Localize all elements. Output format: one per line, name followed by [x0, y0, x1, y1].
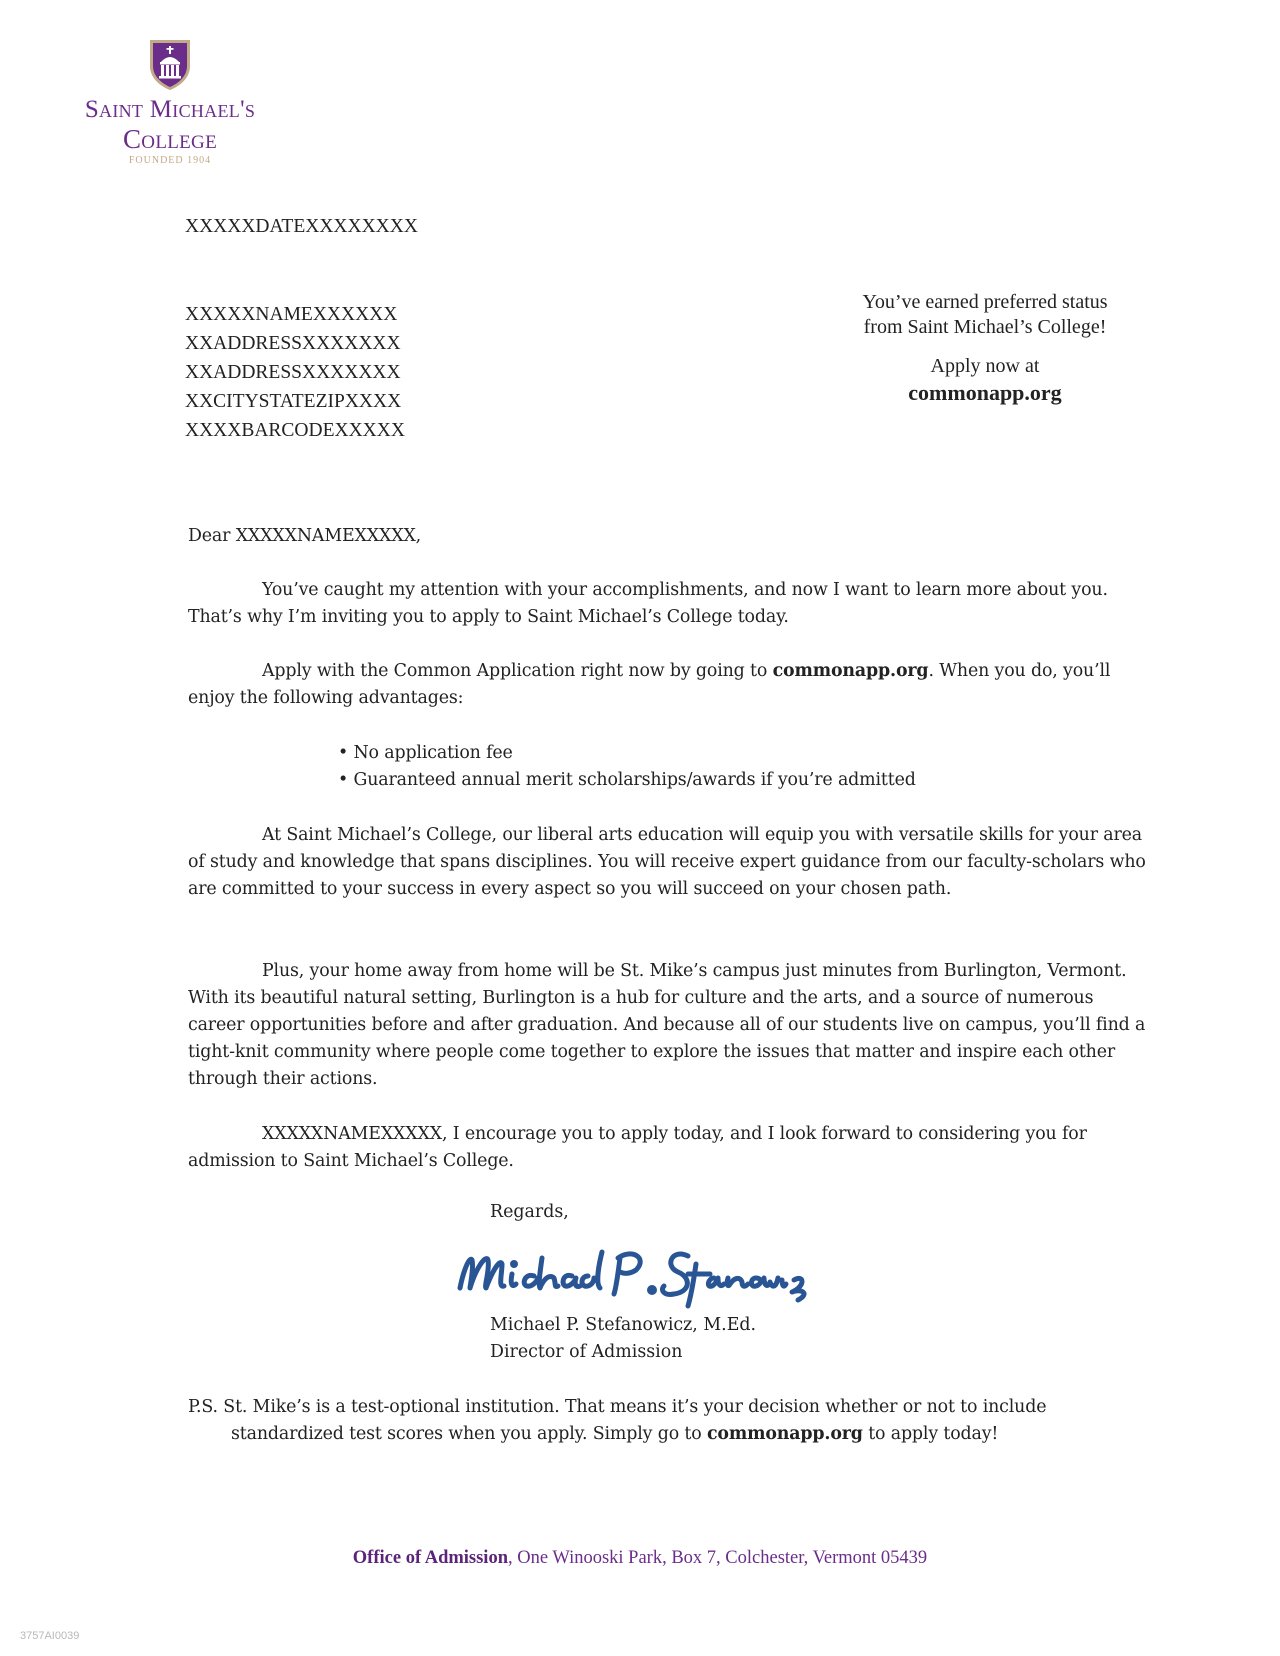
address-line: XXXXBARCODEXXXXX [185, 416, 405, 445]
signature-image [452, 1238, 812, 1318]
paragraph-4: Plus, your home away from home will be S… [188, 958, 1148, 1093]
paragraph-text: XXXXXNAMEXXXXX, I encourage you to apply… [188, 1121, 1148, 1175]
list-item: • No application fee [338, 740, 1280, 767]
address-line: XXADDRESSXXXXXXX [185, 358, 405, 387]
college-logo: Saint Michael's College FOUNDED 1904 [70, 38, 270, 166]
promo-line: from Saint Michael’s College! [820, 315, 1150, 340]
address-line: XXXXXNAMEXXXXXX [185, 300, 405, 329]
founded-year: FOUNDED 1904 [70, 155, 270, 166]
promo-site-link[interactable]: commonapp.org [820, 379, 1150, 407]
promo-apply: Apply now at [820, 353, 1150, 379]
list-item: • Guaranteed annual merit scholarships/a… [338, 767, 1280, 794]
footer-street: , One Winooski Park, Box 7, Colchester, … [508, 1548, 927, 1568]
ps-line: P.S. St. Mike’s is a test-optional insti… [188, 1394, 1148, 1421]
recipient-address: XXXXXNAMEXXXXXX XXADDRESSXXXXXXX XXADDRE… [185, 300, 405, 445]
paragraph-text: At Saint Michael’s College, our liberal … [188, 822, 1148, 903]
footer-address: Office of Admission, One Winooski Park, … [0, 1548, 1280, 1569]
promo-line: You’ve earned preferred status [820, 290, 1150, 315]
paragraph-text: You’ve caught my attention with your acc… [188, 577, 1148, 631]
signer-name: Michael P. Stefanowicz, M.Ed. [490, 1312, 756, 1339]
job-code: 3757AI0039 [20, 1630, 79, 1642]
commonapp-link[interactable]: commonapp.org [773, 661, 929, 681]
commonapp-link[interactable]: commonapp.org [707, 1424, 863, 1444]
advantages-list: • No application fee • Guaranteed annual… [338, 740, 1280, 794]
ps-text: to apply today! [863, 1424, 998, 1444]
postscript: P.S. St. Mike’s is a test-optional insti… [188, 1394, 1148, 1448]
paragraph-2: Apply with the Common Application right … [188, 658, 1148, 712]
signer-block: Michael P. Stefanowicz, M.Ed. Director o… [490, 1312, 756, 1366]
signer-title: Director of Admission [490, 1339, 756, 1366]
paragraph-5: XXXXXNAMEXXXXX, I encourage you to apply… [188, 1121, 1148, 1175]
college-name: Saint Michael's [70, 97, 270, 122]
paragraph-text: Plus, your home away from home will be S… [188, 958, 1148, 1093]
shield-chapel-icon [148, 38, 192, 92]
paragraph-1: You’ve caught my attention with your acc… [188, 577, 1148, 631]
closing: Regards, [490, 1202, 569, 1222]
address-line: XXADDRESSXXXXXXX [185, 329, 405, 358]
salutation: Dear XXXXXNAMEXXXXX, [188, 523, 1148, 550]
paragraph-text: Apply with the Common Application right … [262, 661, 773, 681]
ps-text: standardized test scores when you apply.… [231, 1424, 707, 1444]
college-name-line2: College [70, 127, 270, 152]
preferred-status-callout: You’ve earned preferred status from Sain… [820, 290, 1150, 407]
footer-office: Office of Admission [353, 1548, 508, 1568]
paragraph-3: At Saint Michael’s College, our liberal … [188, 822, 1148, 903]
letter-date: XXXXXDATEXXXXXXXX [185, 212, 418, 241]
address-line: XXCITYSTATEZIPXXXX [185, 387, 405, 416]
